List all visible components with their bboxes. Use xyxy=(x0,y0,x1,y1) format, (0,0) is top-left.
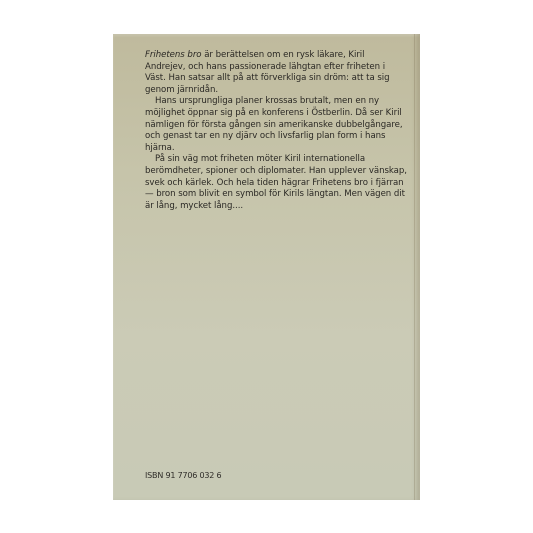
book-title-italic: Frihetens bro xyxy=(145,50,202,60)
blurb-paragraph-3: På sin väg mot friheten möter Kiril inte… xyxy=(145,154,407,212)
blurb-text: Frihetens bro är berättelsen om en rysk … xyxy=(145,50,407,212)
isbn-number: ISBN 91 7706 032 6 xyxy=(145,471,221,480)
book-back-cover: Frihetens bro är berättelsen om en rysk … xyxy=(113,34,420,500)
blurb-paragraph-2: Hans ursprungliga planer krossas brutalt… xyxy=(145,96,407,154)
blurb-paragraph-1: Frihetens bro är berättelsen om en rysk … xyxy=(145,50,407,96)
